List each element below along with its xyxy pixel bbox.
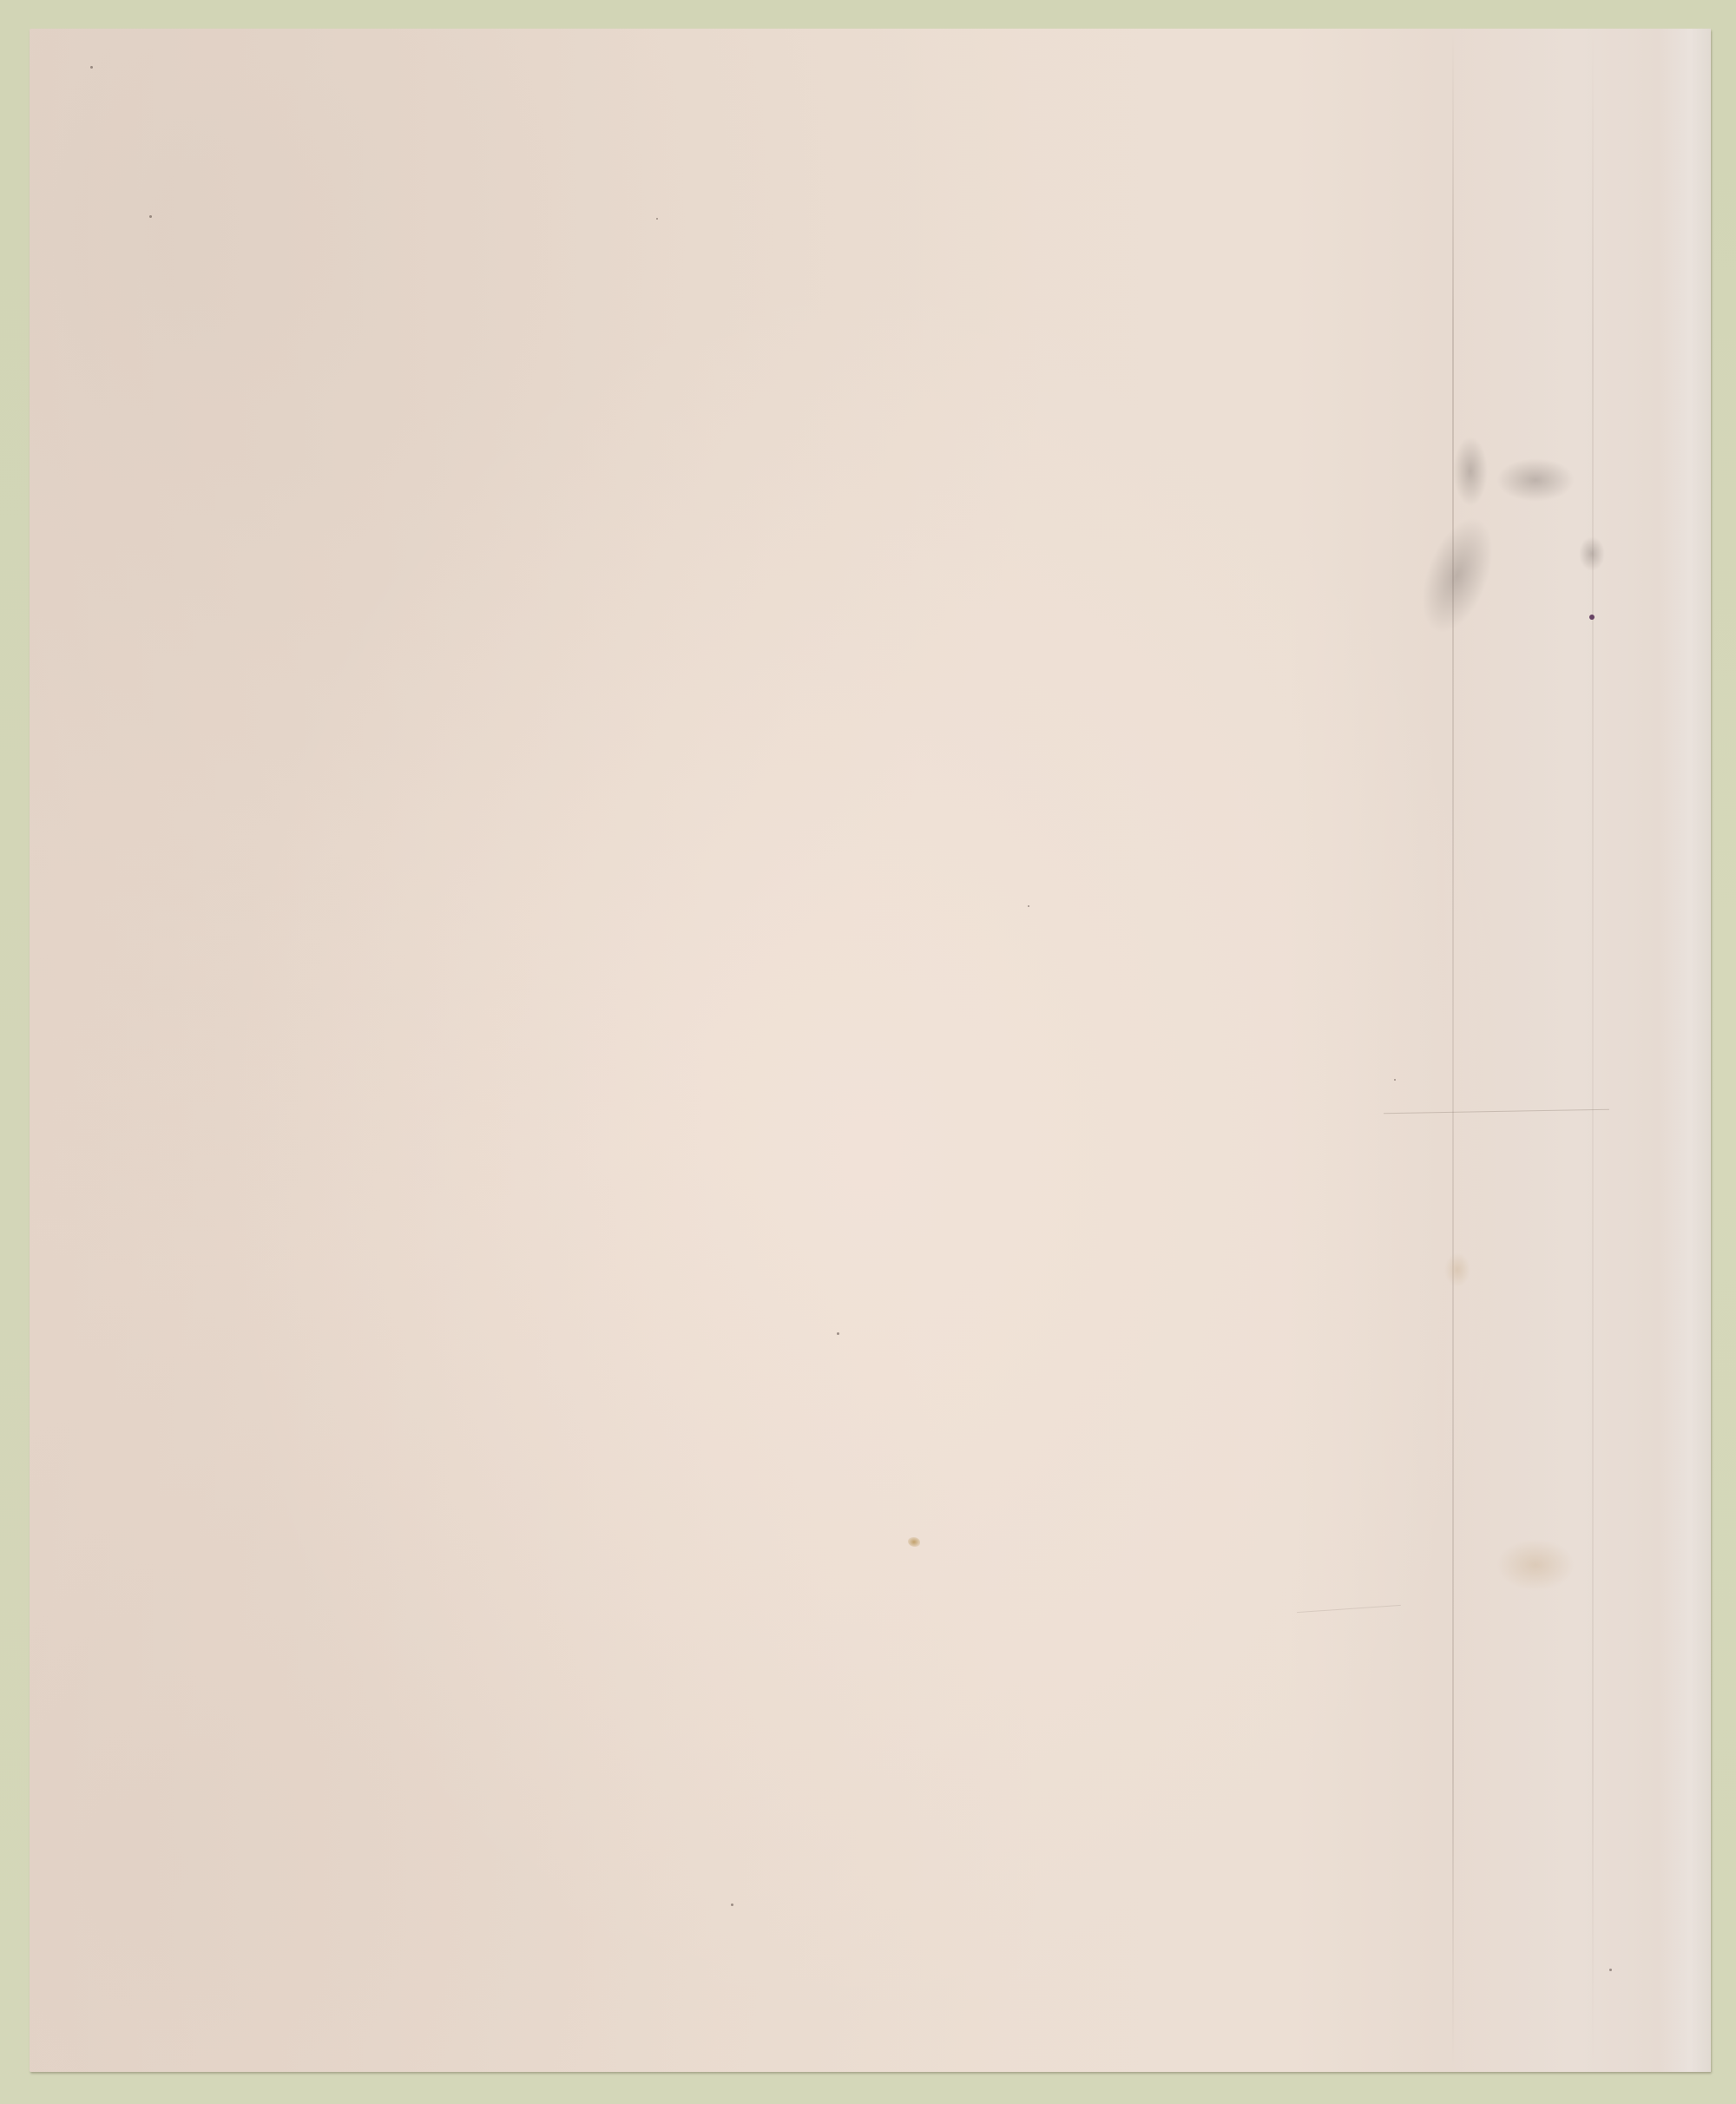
foxing-spot — [1496, 1539, 1575, 1591]
speck — [837, 1332, 839, 1335]
paper-sheet — [30, 29, 1711, 2072]
speck — [656, 218, 658, 220]
paper-crease — [1384, 1109, 1609, 1114]
speck — [1394, 1079, 1396, 1081]
speck — [1609, 1969, 1612, 1971]
paper-crease — [1297, 1605, 1401, 1613]
fold-line-vertical-secondary — [1592, 29, 1594, 2072]
pencil-smudge — [1453, 437, 1488, 506]
speck — [90, 66, 93, 69]
pencil-smudge — [1496, 458, 1575, 502]
pencil-smudge — [1408, 508, 1507, 642]
speck — [149, 215, 152, 218]
ink-dot — [1589, 615, 1595, 620]
speck — [731, 1903, 733, 1906]
paper-stain — [908, 1537, 920, 1547]
pencil-smudge — [1579, 536, 1605, 571]
paper-right-edge-wear — [1659, 29, 1711, 2072]
foxing-spot — [1444, 1253, 1470, 1287]
speck — [1028, 905, 1029, 907]
fold-line-vertical — [1452, 29, 1454, 2072]
